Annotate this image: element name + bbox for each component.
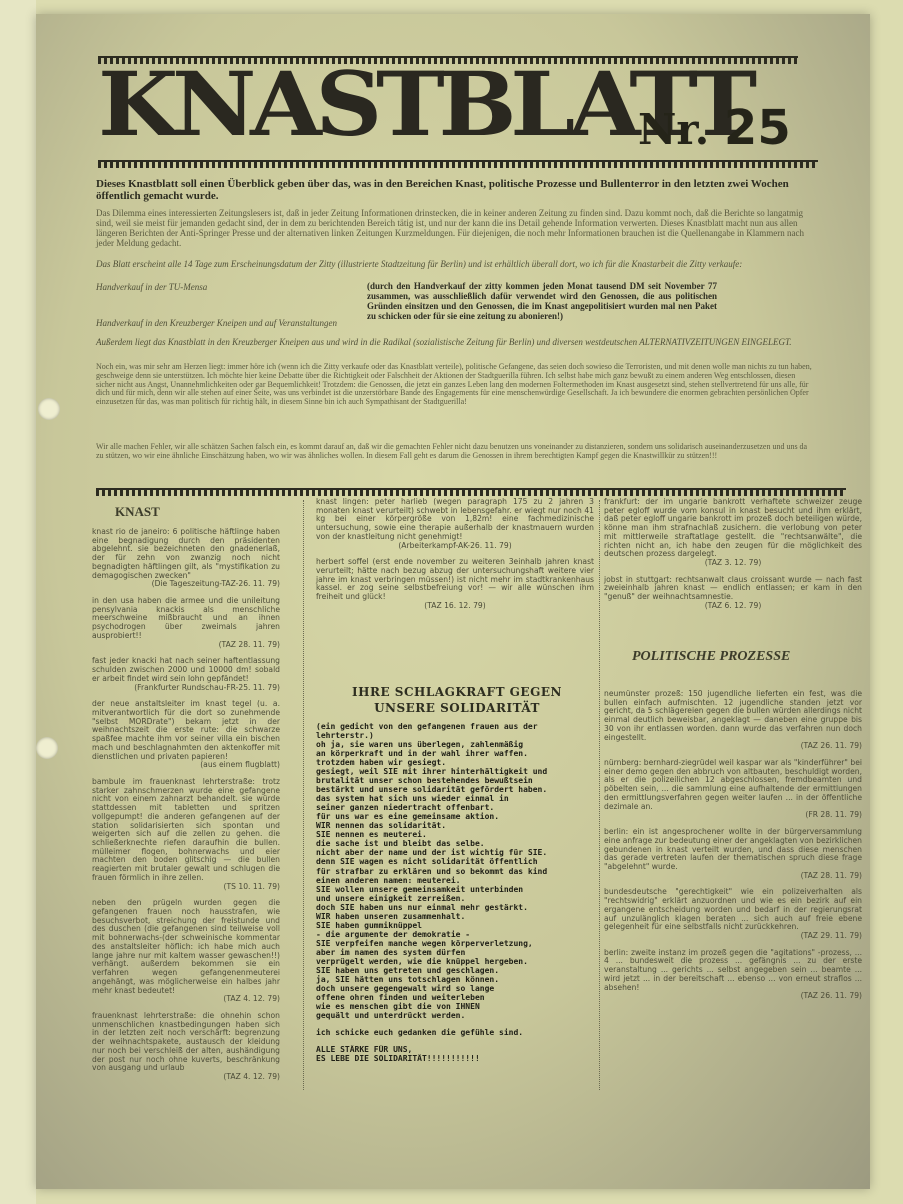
punch-hole <box>38 398 60 420</box>
news-item: der neue anstaltsleiter im knast tegel (… <box>92 700 280 770</box>
poem-title-line: IHRE SCHLAGKRAFT GEGEN <box>316 684 598 700</box>
poem-line: SIE wollen unsere gemeinsamkeit unterbin… <box>316 885 598 894</box>
column-divider <box>599 500 600 1090</box>
column-politische-prozesse: neumünster prozeß: 150 jugendliche liefe… <box>604 690 862 1009</box>
poem-line: aber im namen des system dürfen <box>316 948 598 957</box>
news-source: (TAZ 28. 11. 79) <box>604 872 862 881</box>
news-text: neben den prügeln wurden gegen die gefan… <box>92 898 280 994</box>
news-text: herbert soffel (erst ende november zu we… <box>316 557 594 601</box>
news-item: fast jeder knacki hat nach seiner haften… <box>92 657 280 692</box>
news-item: bambule im frauenknast lehrterstraße: tr… <box>92 778 280 891</box>
poem-line: (ein gedicht von den gefangenen frauen a… <box>316 722 598 731</box>
news-text: neumünster prozeß: 150 jugendliche liefe… <box>604 689 862 742</box>
news-source: (Arbeiterkampf-AK-26. 11. 79) <box>316 542 594 551</box>
news-item: in den usa haben die armee und die unile… <box>92 597 280 649</box>
poem-line: - die argumente der demokratie - <box>316 930 598 939</box>
background-edge <box>0 0 36 1204</box>
poem-line: doch unsere gegengewalt wird so lange <box>316 984 598 993</box>
news-item: berlin: ein ist angesprochener wollte in… <box>604 828 862 880</box>
issue-value: 25 <box>724 100 791 156</box>
decorative-rule-masthead <box>98 160 818 168</box>
issue-label: Nr. <box>638 105 709 154</box>
column-divider <box>303 500 304 1090</box>
news-source: (Frankfurter Rundschau-FR-25. 11. 79) <box>92 684 280 693</box>
news-source: (aus einem flugblatt) <box>92 761 280 770</box>
poem-line: lehrterstr.) <box>316 731 598 740</box>
news-source: (TAZ 26. 11. 79) <box>604 992 862 1001</box>
poem-line: SIE nennen es meuterei. <box>316 830 598 839</box>
news-text: knast rio de janeiro: 6 politische häftl… <box>92 527 280 580</box>
sales-note: (durch den Handverkauf der zitty kommen … <box>367 282 717 322</box>
issue-number: Nr. 25 <box>638 100 791 156</box>
editorial-body: Noch ein, was mir sehr am Herzen liegt: … <box>96 363 814 407</box>
news-text: fast jeder knacki hat nach seiner haften… <box>92 656 280 682</box>
poem-line: brutalität unser schon bestehendes bewuß… <box>316 776 598 785</box>
poem-line: trotzdem haben wir gesiegt. <box>316 758 598 767</box>
news-text: nürnberg: bernhard-ziegrüdel weil kaspar… <box>604 758 862 811</box>
decorative-rule-section <box>96 488 846 496</box>
news-text: knast lingen: peter harlieb (wegen parag… <box>316 497 594 541</box>
news-source: (TAZ 28. 11. 79) <box>92 641 280 650</box>
poem-line: SIE haben uns getreten und geschlagen. <box>316 966 598 975</box>
poem-line: SIE verpfeifen manche wegen körperverlet… <box>316 939 598 948</box>
intro-distribution: Das Blatt erscheint alle 14 Tage zum Ers… <box>96 260 814 270</box>
poem-line: für uns war es eine gemeinsame aktion. <box>316 812 598 821</box>
news-text: berlin: ein ist angesprochener wollte in… <box>604 827 862 871</box>
news-item: knast lingen: peter harlieb (wegen parag… <box>316 498 594 550</box>
news-text: jobst in stuttgart: rechtsanwalt claus c… <box>604 575 862 601</box>
news-source: (FR 28. 11. 79) <box>604 811 862 820</box>
intro-also: Außerdem liegt das Knastblatt in den Kre… <box>96 338 814 348</box>
news-source: (TS 10. 11. 79) <box>92 883 280 892</box>
news-source: (TAZ 6. 12. 79) <box>604 602 862 611</box>
poem-title: IHRE SCHLAGKRAFT GEGEN UNSERE SOLIDARITÄ… <box>316 684 598 716</box>
poem-line: an körperkraft und in der wahl ihrer waf… <box>316 749 598 758</box>
sales-tu-mensa: Handverkauf in der TU-Mensa <box>96 283 346 293</box>
section-heading-politische-prozesse: POLITISCHE PROZESSE <box>632 649 790 665</box>
poem-line: gesiegt, weil SIE mit ihrer hinterhältig… <box>316 767 598 776</box>
news-item: nürnberg: bernhard-ziegrüdel weil kaspar… <box>604 759 862 820</box>
poem-line: bestärkt und unsere solidarität geförder… <box>316 785 598 794</box>
poem-line: offene ohren finden und weiterleben <box>316 993 598 1002</box>
column-middle: knast lingen: peter harlieb (wegen parag… <box>316 498 594 619</box>
news-item: jobst in stuttgart: rechtsanwalt claus c… <box>604 576 862 611</box>
sales-kreuzberg: Handverkauf in den Kreuzberger Kneipen u… <box>96 319 346 329</box>
poem-line: SIE haben gummiknüppel <box>316 921 598 930</box>
news-item: bundesdeutsche "gerechtigkeit" wie ein p… <box>604 888 862 940</box>
news-text: der neue anstaltsleiter im knast tegel (… <box>92 699 280 760</box>
news-source: (TAZ 29. 11. 79) <box>604 932 862 941</box>
poem-line: ja, SIE hätten uns totschlagen können. <box>316 975 598 984</box>
poem-line: WIR nennen das solidarität. <box>316 821 598 830</box>
poem-title-line: UNSERE SOLIDARITÄT <box>316 700 598 716</box>
poem-line: denn SIE wagen es nicht solidarität öffe… <box>316 857 598 866</box>
intro-body: Das Dilemma eines interessierten Zeitung… <box>96 209 814 249</box>
news-text: frauenknast lehrterstraße: die ohnehin s… <box>92 1011 280 1072</box>
poem-line: einen anderen namen: meuterei. <box>316 876 598 885</box>
poem-line: das system hat sich uns wieder einmal in <box>316 794 598 803</box>
news-item: berlin: zweite instanz im prozeß gegen d… <box>604 949 862 1001</box>
poem-line: verprügelt werden, wie die knüppel herge… <box>316 957 598 966</box>
news-source: (TAZ 4. 12. 79) <box>92 995 280 1004</box>
column-knast: knast rio de janeiro: 6 politische häftl… <box>92 528 280 1090</box>
poem-line: die sache ist und bleibt das selbe. <box>316 839 598 848</box>
news-text: bundesdeutsche "gerechtigkeit" wie ein p… <box>604 887 862 931</box>
news-source: (TAZ 3. 12. 79) <box>604 559 862 568</box>
poem-line: seiner ganzen niedertracht offenbart. <box>316 803 598 812</box>
news-text: bambule im frauenknast lehrterstraße: tr… <box>92 777 280 882</box>
news-item: frauenknast lehrterstraße: die ohnehin s… <box>92 1012 280 1082</box>
poem-line: doch SIE haben uns nur einmal mehr gestä… <box>316 903 598 912</box>
poem-body: (ein gedicht von den gefangenen frauen a… <box>316 722 598 1063</box>
punch-hole <box>36 737 58 759</box>
news-text: frankfurt: der im ungarie bankrott verha… <box>604 497 862 558</box>
poem-line: WIR haben unseren zusammenhalt. <box>316 912 598 921</box>
poem-closing: ich schicke euch gedanken die gefühle si… <box>316 1028 598 1037</box>
poem-line: gequält und unterdrückt werden. <box>316 1011 598 1020</box>
news-source: (TAZ 4. 12. 79) <box>92 1073 280 1082</box>
news-item: neben den prügeln wurden gegen die gefan… <box>92 899 280 1004</box>
section-heading-knast: KNAST <box>115 504 160 520</box>
poem-signoff: ALLE STÄRKE FÜR UNS, <box>316 1045 598 1054</box>
news-item: knast rio de janeiro: 6 politische häftl… <box>92 528 280 589</box>
news-source: (Die Tageszeitung-TAZ-26. 11. 79) <box>92 580 280 589</box>
poem-line: und unsere einigkeit zerreißen. <box>316 894 598 903</box>
news-source: (TAZ 26. 11. 79) <box>604 742 862 751</box>
poem-signoff: ES LEBE DIE SOLIDARITÄT!!!!!!!!!!! <box>316 1054 598 1063</box>
column-right-top: frankfurt: der im ungarie bankrott verha… <box>604 498 862 619</box>
poem-line: wie es menschen gibt die von IHNEN <box>316 1002 598 1011</box>
news-source: (TAZ 16. 12. 79) <box>316 602 594 611</box>
news-item: neumünster prozeß: 150 jugendliche liefe… <box>604 690 862 751</box>
news-text: berlin: zweite instanz im prozeß gegen d… <box>604 948 862 992</box>
news-item: frankfurt: der im ungarie bankrott verha… <box>604 498 862 568</box>
news-item: herbert soffel (erst ende november zu we… <box>316 558 594 610</box>
editorial-closing: Wir alle machen Fehler, wir alle schätze… <box>96 443 814 461</box>
intro-lead: Dieses Knastblatt soll einen Überblick g… <box>96 178 814 202</box>
news-text: in den usa haben die armee und die unile… <box>92 596 280 640</box>
poem-line: nicht aber der name und der ist wichtig … <box>316 848 598 857</box>
poem-line: für strafbar zu erklären und so bekommt … <box>316 867 598 876</box>
poem-line: oh ja, sie waren uns überlegen, zahlenmä… <box>316 740 598 749</box>
